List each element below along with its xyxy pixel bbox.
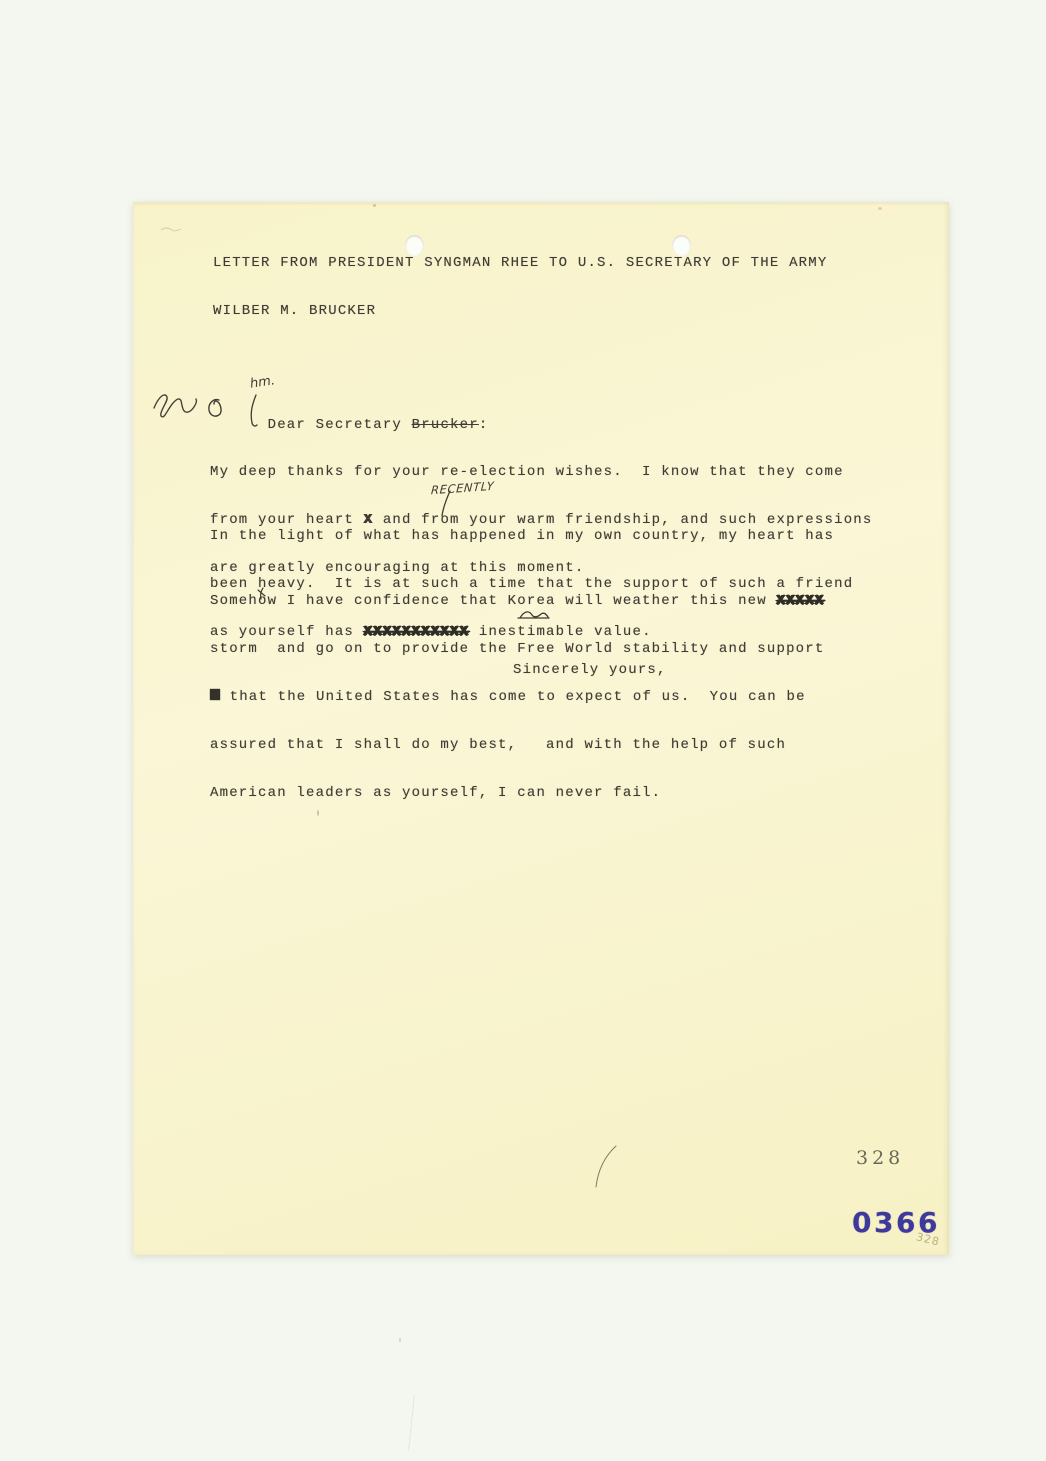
text-segment: Somehow I have confidence that Korea wil… [210,593,776,609]
text-segment: that the United States has come to expec… [220,689,806,705]
paragraph-1-line-1: My deep thanks for your re-election wish… [210,464,873,480]
paragraph-2-line-1: In the light of what has happened in my … [210,528,853,544]
salutation-colon: : [479,417,489,433]
redaction-mark [210,689,220,700]
letter-page: LETTER FROM PRESIDENT SYNGMAN RHEE TO U.… [133,202,949,1255]
dust-speck [878,207,882,210]
dust-speck [373,204,376,207]
handwritten-insert-slash [437,489,453,519]
closing-line: Sincerely yours, [513,662,667,678]
paragraph-3-line-4: assured that I shall do my best, and wit… [210,737,825,753]
handwritten-comma-mark [256,587,268,601]
salutation-dear: Dear [268,417,306,433]
salutation-struck-name: Brucker [412,417,479,433]
paragraph-3-line-5: American leaders as yourself, I can neve… [210,785,825,801]
overtyped-redacted-word: XXXXX [776,593,824,609]
title-line-2: WILBER M. BRUCKER [213,303,828,319]
paragraph-3-line-3: that the United States has come to expec… [210,689,825,705]
handwritten-margin-initials [151,386,203,426]
handwritten-insertion: hm. [249,373,276,391]
paragraph-3-line-1: Somehow I have confidence that Korea wil… [210,593,825,609]
handwritten-scribble-strikeout [517,608,551,626]
paragraph-3: Somehow I have confidence that Korea wil… [210,561,825,897]
salutation-middle: Secretary [306,417,412,433]
paragraph-3-line-2: storm and go on to provide the Free Worl… [210,641,825,657]
scan-dust-speck [399,1338,401,1342]
scan-background: LETTER FROM PRESIDENT SYNGMAN RHEE TO U.… [0,0,1046,1461]
stray-pen-arc [591,1144,619,1190]
pencil-smudge [160,224,182,234]
title-line-1: LETTER FROM PRESIDENT SYNGMAN RHEE TO U.… [213,255,828,271]
scan-crease-mark [408,1395,415,1450]
document-title: LETTER FROM PRESIDENT SYNGMAN RHEE TO U.… [213,223,828,351]
typed-page-number: 328 [856,1147,904,1169]
